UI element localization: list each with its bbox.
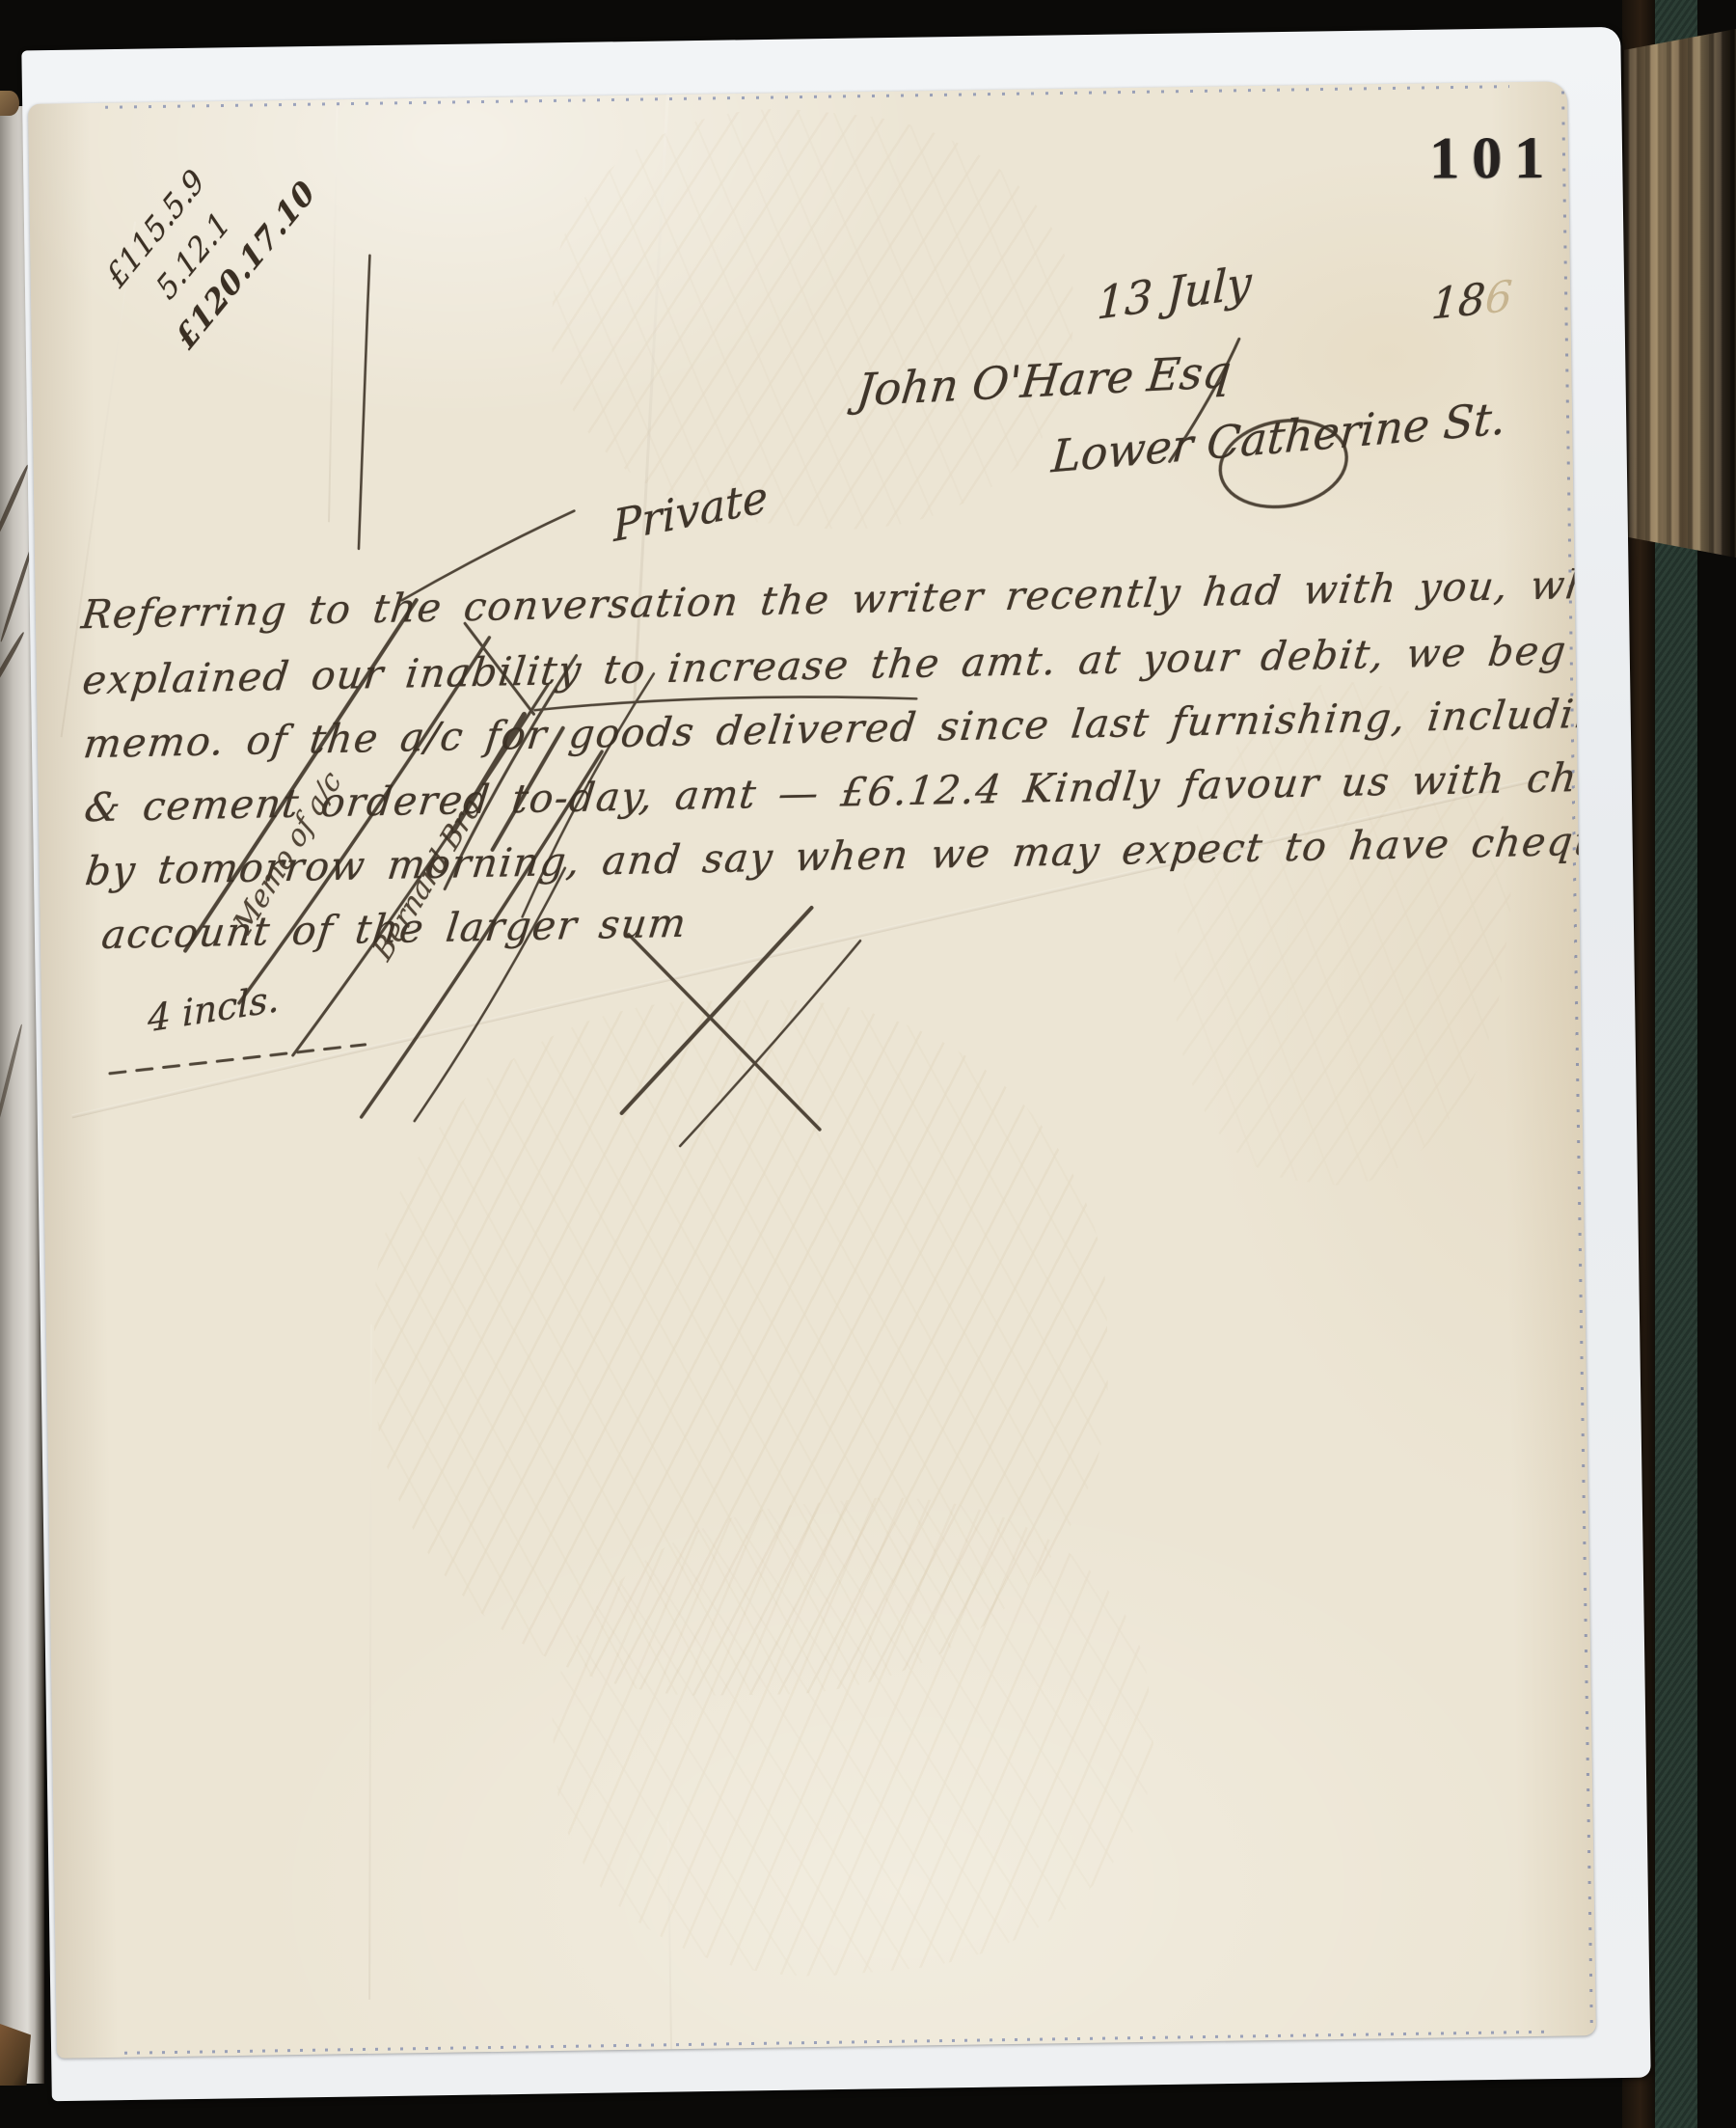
date-year-ink: 18 (1429, 274, 1486, 329)
ink-bleed-mark (0, 1023, 23, 1136)
enclosure-note: 4 incls. (148, 977, 280, 1041)
letterbook-scan: 101 £115.5.9 5.12.1 £120.17.10 13 July 1… (0, 0, 1736, 2128)
body-line: Referring to the conversation the writer… (79, 559, 1596, 638)
pen-scribbles (28, 81, 1596, 2058)
date-year: 186 (1429, 271, 1513, 329)
recipient-address: Lower Catherine St. (1050, 392, 1507, 482)
body-line: explained our inability to increase the … (80, 622, 1596, 703)
recipient-name: John O'Hare Esq (854, 345, 1234, 417)
ink-bleed-mark (0, 464, 30, 545)
margin-calculation: £115.5.9 5.12.1 £120.17.10 (95, 81, 359, 364)
paper-crease (667, 1821, 673, 2058)
paper-fragment (0, 91, 19, 116)
date-year-faded: 6 (1483, 271, 1514, 324)
letter-page: 101 £115.5.9 5.12.1 £120.17.10 13 July 1… (28, 81, 1596, 2058)
old-page-edges (1624, 29, 1736, 558)
ink-showthrough (1149, 665, 1536, 1203)
ink-showthrough (369, 996, 1113, 1701)
ink-bleed-mark (0, 631, 26, 700)
privacy-heading: Private (611, 471, 769, 552)
paper-crease (368, 1324, 372, 2000)
ink-showthrough (534, 90, 1090, 550)
date-day-month: 13 July (1096, 256, 1252, 330)
ink-showthrough (535, 1476, 1171, 1998)
